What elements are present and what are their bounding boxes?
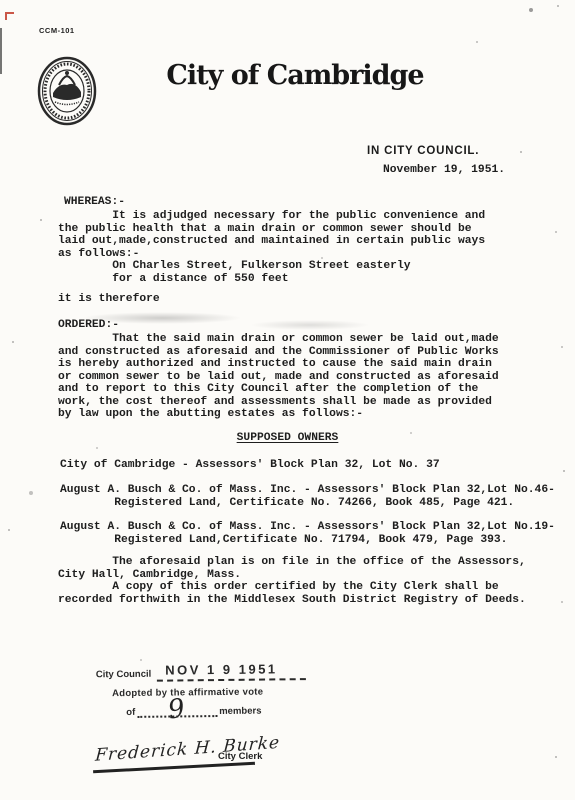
adoption-stamp: City Council NOV 1 9 1951 Adopted by the… bbox=[96, 660, 347, 719]
owner-entry: City of Cambridge - Assessors' Block Pla… bbox=[60, 459, 440, 472]
scanned-document-page: CCM-101 City of Cambridge IN CITY COUNCI… bbox=[0, 0, 575, 800]
owner-entry: August A. Busch & Co. of Mass. Inc. - As… bbox=[60, 521, 555, 546]
city-clerk-title: City Clerk bbox=[218, 751, 262, 762]
in-city-council-heading: IN CITY COUNCIL. bbox=[367, 145, 479, 157]
ink-smudge bbox=[250, 320, 370, 330]
owner-entry: August A. Busch & Co. of Mass. Inc. - As… bbox=[60, 484, 555, 509]
ordered-label: ORDERED:- bbox=[58, 319, 119, 332]
supposed-owners-heading-text: SUPPOSED OWNERS bbox=[237, 432, 339, 444]
stamp-date: NOV 1 9 1951 bbox=[165, 661, 278, 677]
stamp-of-label: of bbox=[126, 707, 135, 718]
document-title: City of Cambridge bbox=[145, 60, 445, 91]
red-pen-mark bbox=[5, 12, 14, 20]
closing-paragraph: The aforesaid plan is on file in the off… bbox=[58, 556, 526, 606]
supposed-owners-heading: SUPPOSED OWNERS bbox=[0, 432, 575, 445]
city-seal-icon bbox=[37, 55, 97, 127]
whereas-paragraph: It is adjudged necessary for the public … bbox=[58, 210, 485, 285]
scan-noise bbox=[0, 0, 2, 2]
therefore-line: it is therefore bbox=[58, 293, 160, 306]
stamp-city-council-label: City Council bbox=[96, 669, 152, 683]
stamp-vote-line: of members 9 bbox=[126, 705, 346, 718]
stamp-adopted-line: Adopted by the affirmative vote bbox=[112, 686, 346, 699]
ordered-paragraph: That the said main drain or common sewer… bbox=[58, 333, 499, 421]
scan-edge-artifact bbox=[0, 28, 2, 74]
whereas-label: WHEREAS:- bbox=[64, 196, 125, 209]
document-date: November 19, 1951. bbox=[383, 164, 505, 177]
stamp-members-label: members bbox=[219, 706, 261, 717]
stamp-date-line: NOV 1 9 1951 bbox=[157, 660, 306, 682]
form-code: CCM-101 bbox=[39, 26, 75, 35]
